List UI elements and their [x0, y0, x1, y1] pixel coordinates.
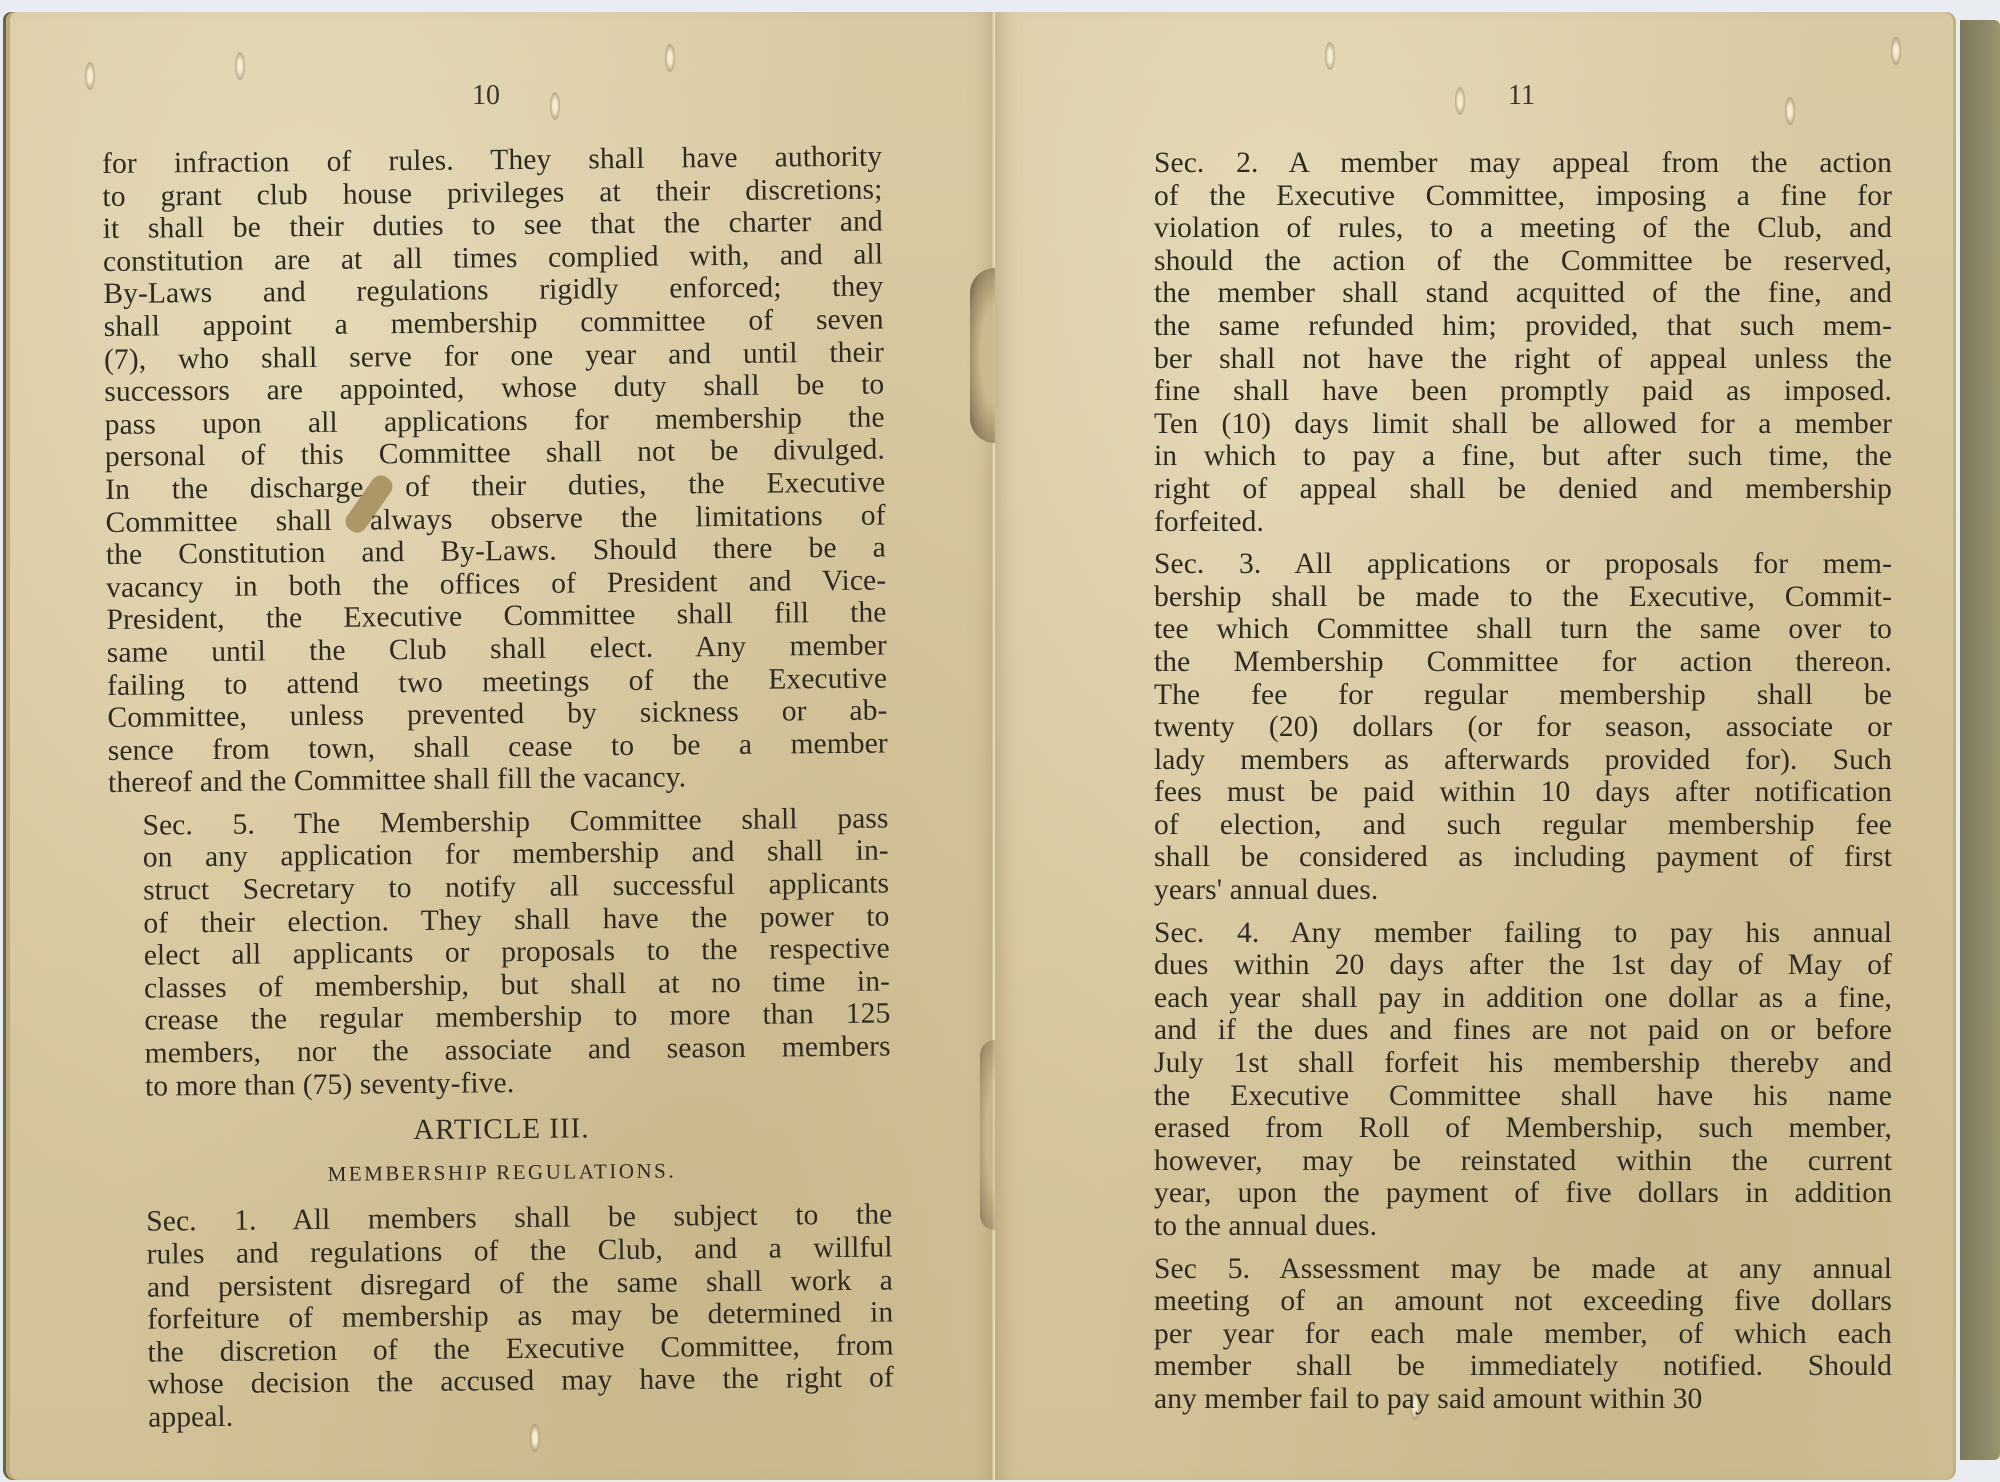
text-line: and if the dues and fines are not paid o…: [1120, 1014, 1892, 1047]
text-line: the Membership Committee for action ther…: [1120, 646, 1892, 679]
text-line: of the Executive Committee, imposing a f…: [1120, 180, 1892, 213]
text-line: however, may be reinstated within the cu…: [1120, 1145, 1892, 1178]
right-page: 11 Sec. 2. A member may appeal from the …: [995, 12, 1953, 1480]
article-subheading: MEMBERSHIP REGULATIONS.: [112, 1152, 892, 1192]
text-line: the same refunded him; provided, that su…: [1120, 310, 1892, 343]
text-line: to more than (75) seventy-five.: [111, 1063, 891, 1103]
text-line: erased from Roll of Membership, such mem…: [1120, 1112, 1892, 1145]
text-line: Sec. 2. A member may appeal from the act…: [1120, 147, 1892, 180]
text-line: ber shall not have the right of appeal u…: [1120, 343, 1892, 376]
article-heading: ARTICLE III.: [111, 1110, 891, 1150]
text-line: fine shall have been promptly paid as im…: [1120, 375, 1892, 408]
text-line: meeting of an amount not exceeding five …: [1120, 1285, 1892, 1318]
text-line: forfeited.: [1120, 506, 1892, 539]
paper-crease: [1891, 37, 1901, 65]
paragraph-sec-2: Sec. 2. A member may appeal from the act…: [1120, 147, 1892, 538]
text-line: lady members as afterwards provided for)…: [1120, 744, 1892, 777]
paper-crease: [235, 52, 245, 80]
text-line: fees must be paid within 10 days after n…: [1120, 776, 1892, 809]
text-line: twenty (20) dollars (or for season, asso…: [1120, 711, 1892, 744]
text-line: tee which Committee shall turn the same …: [1120, 613, 1892, 646]
text-line: thereof and the Committee shall fill the…: [108, 760, 888, 800]
text-line: Ten (10) days limit shall be allowed for…: [1120, 408, 1892, 441]
text-line: in which to pay a fine, but after such t…: [1120, 440, 1892, 473]
text-line: dues within 20 days after the 1st day of…: [1120, 949, 1892, 982]
booklet-spread: 10 for infraction of rules. They shall h…: [0, 0, 2000, 1482]
paragraph-sec-5: Sec. 5. The Membership Committee shall p…: [108, 802, 891, 1103]
paragraph-sec-4: Sec. 4. Any member failing to pay his an…: [1120, 917, 1892, 1243]
text-line: shall be considered as including payment…: [1120, 841, 1892, 874]
text-line: Sec. 4. Any member failing to pay his an…: [1120, 917, 1892, 950]
paragraph-sec-3: Sec. 3. All applications or proposals fo…: [1120, 548, 1892, 907]
paper-crease: [1455, 87, 1465, 115]
text-line: right of appeal shall be denied and memb…: [1120, 473, 1892, 506]
text-line: Sec. 3. All applications or proposals fo…: [1120, 548, 1892, 581]
left-page: 10 for infraction of rules. They shall h…: [10, 12, 995, 1480]
text-line: the member shall stand acquitted of the …: [1120, 277, 1892, 310]
text-line: to the annual dues.: [1120, 1210, 1892, 1243]
text-line: the Executive Committee shall have his n…: [1120, 1080, 1892, 1113]
text-line: year, upon the payment of five dollars i…: [1120, 1177, 1892, 1210]
text-line: The fee for regular membership shall be: [1120, 679, 1892, 712]
paragraph-continuation: for infraction of rules. They shall have…: [102, 141, 888, 800]
page-number: 10: [472, 80, 500, 112]
page-number: 11: [1508, 80, 1535, 112]
paper-crease: [1325, 42, 1335, 70]
text-line: July 1st shall forfeit his membership th…: [1120, 1047, 1892, 1080]
text-line: should the action of the Committee be re…: [1120, 245, 1892, 278]
paper-crease: [550, 92, 560, 120]
paper-crease: [1785, 97, 1795, 125]
back-cover-edge: [1960, 20, 2000, 1460]
text-line: per year for each male member, of which …: [1120, 1318, 1892, 1351]
text-line: of election, and such regular membership…: [1120, 809, 1892, 842]
right-page-text: Sec. 2. A member may appeal from the act…: [1120, 147, 1892, 1416]
text-line: each year shall pay in addition one doll…: [1120, 982, 1892, 1015]
paper-crease: [85, 62, 95, 90]
paper-crease: [665, 44, 675, 72]
paragraph-sec-5: Sec 5. Assessment may be made at any ann…: [1120, 1253, 1892, 1416]
text-line: bership shall be made to the Executive, …: [1120, 581, 1892, 614]
text-line: any member fail to pay said amount withi…: [1120, 1383, 1892, 1416]
left-page-text: for infraction of rules. They shall have…: [102, 141, 894, 1435]
text-line: years' annual dues.: [1120, 874, 1892, 907]
text-line: member shall be immediately notified. Sh…: [1120, 1350, 1892, 1383]
text-line: appeal.: [114, 1394, 894, 1434]
text-line: violation of rules, to a meeting of the …: [1120, 212, 1892, 245]
paragraph-sec-1: Sec. 1. All members shall be subject to …: [112, 1199, 894, 1435]
text-line: Sec 5. Assessment may be made at any ann…: [1120, 1253, 1892, 1286]
